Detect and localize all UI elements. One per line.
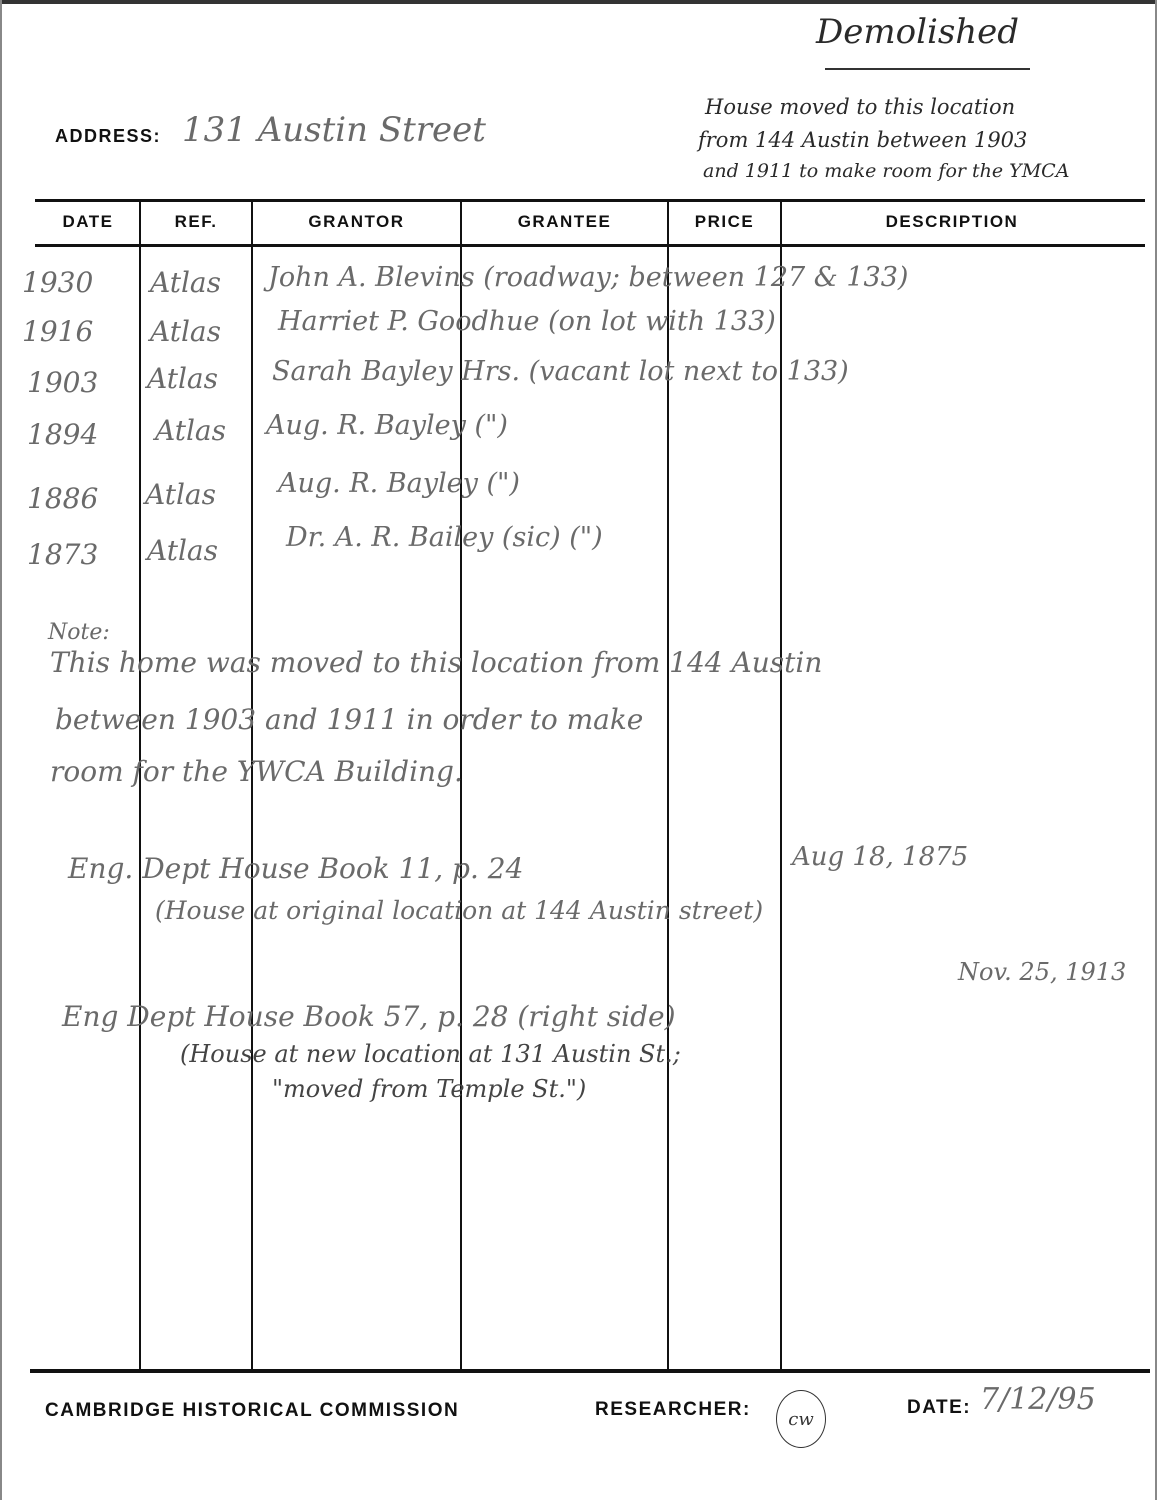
note-line-1: This home was moved to this location fro…	[50, 646, 822, 679]
address-label: ADDRESS:	[55, 126, 161, 147]
footer-researcher-label: RESEARCHER:	[595, 1399, 751, 1421]
researcher-initials: cw	[788, 1409, 814, 1430]
address-value: 131 Austin Street	[182, 110, 486, 150]
eng-record-1-citation: Eng. Dept House Book 11, p. 24	[68, 852, 523, 885]
row-ref: Atlas	[150, 266, 221, 299]
footer-organization: CAMBRIDGE HISTORICAL COMMISSION	[45, 1400, 459, 1422]
eng-record-1-date: Aug 18, 1875	[792, 842, 968, 872]
row-entry: Aug. R. Bayley (")	[278, 468, 520, 499]
row-date: 1903	[27, 366, 98, 399]
researcher-initials-stamp: cw	[776, 1390, 826, 1448]
eng-record-2-citation: Eng Dept House Book 57, p. 28 (right sid…	[62, 1000, 676, 1033]
row-ref: Atlas	[150, 315, 221, 348]
eng-record-2-quote: "moved from Temple St.")	[272, 1075, 586, 1103]
column-header-grantor: GRANTOR	[253, 212, 460, 232]
row-ref: Atlas	[155, 414, 226, 447]
footer-date-label: DATE:	[907, 1397, 971, 1419]
row-date: 1930	[22, 266, 93, 299]
row-date: 1873	[27, 538, 98, 571]
scan-edge-top	[0, 0, 1157, 4]
row-date: 1894	[27, 418, 98, 451]
eng-record-2-location: (House at new location at 131 Austin St.…	[180, 1040, 681, 1068]
row-ref: Atlas	[145, 478, 216, 511]
eng-record-1-location: (House at original location at 144 Austi…	[155, 896, 763, 925]
row-ref: Atlas	[147, 362, 218, 395]
column-header-description: DESCRIPTION	[782, 212, 1122, 232]
row-date: 1916	[22, 315, 93, 348]
note-line-2: between 1903 and 1911 in order to make	[55, 703, 643, 736]
row-entry: Dr. A. R. Bailey (sic) (")	[286, 522, 603, 553]
table-bottom-rule	[30, 1369, 1150, 1373]
row-entry: Aug. R. Bayley (")	[266, 410, 508, 441]
footer-date-value: 7/12/95	[980, 1382, 1096, 1417]
column-header-date: DATE	[37, 212, 139, 232]
row-entry: John A. Blevins (roadway; between 127 & …	[268, 262, 908, 293]
header-note-line-2: from 144 Austin between 1903	[698, 128, 1027, 152]
row-entry: Harriet P. Goodhue (on lot with 133)	[278, 306, 776, 337]
column-header-grantee: GRANTEE	[462, 212, 667, 232]
column-header-price: PRICE	[669, 212, 780, 232]
table-header-rule	[35, 244, 1145, 247]
note-line-3: room for the YWCA Building.	[50, 755, 463, 788]
row-ref: Atlas	[147, 534, 218, 567]
header-note-line-3: and 1911 to make room for the YMCA	[703, 160, 1069, 182]
row-date: 1886	[27, 482, 98, 515]
table-top-rule	[35, 199, 1145, 202]
eng-record-2-date: Nov. 25, 1913	[958, 958, 1126, 986]
demolished-underline	[825, 68, 1030, 70]
column-header-ref: REF.	[141, 212, 251, 232]
scan-edge-left	[0, 0, 2, 1500]
demolished-note: Demolished	[816, 12, 1019, 52]
row-entry: Sarah Bayley Hrs. (vacant lot next to 13…	[272, 356, 849, 387]
note-label: Note:	[48, 620, 110, 645]
header-note-line-1: House moved to this location	[705, 95, 1015, 119]
